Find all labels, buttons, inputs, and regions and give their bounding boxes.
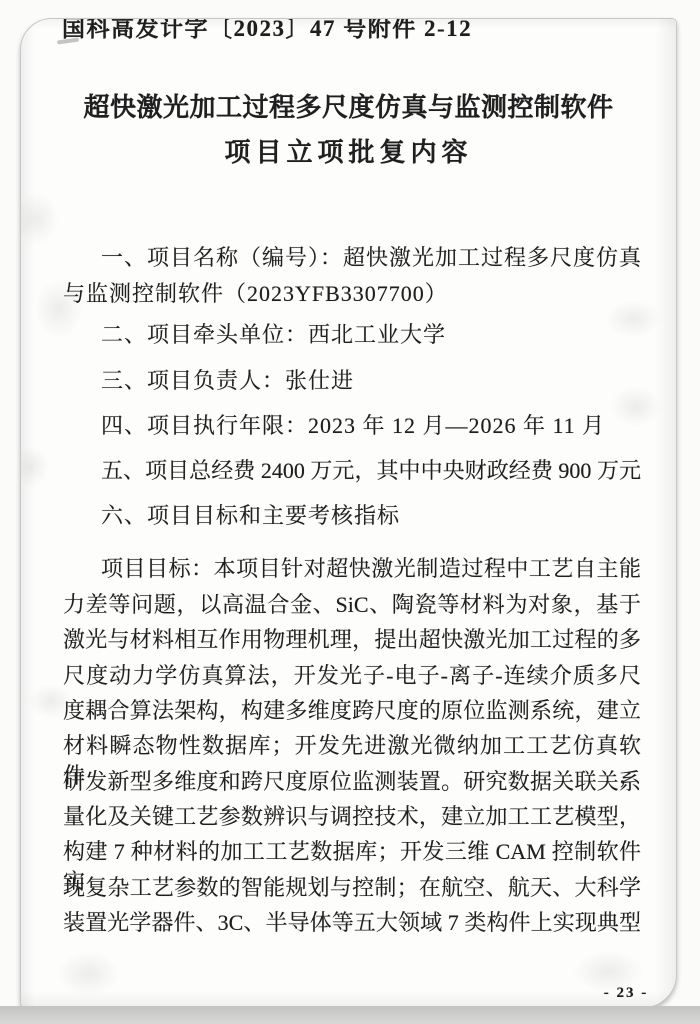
item-5: 五、项目总经费 2400 万元，其中中央财政经费 900 万元 (101, 456, 641, 486)
page-number: - 23 - (581, 985, 671, 1002)
scanner-background (0, 1006, 700, 1024)
paragraph-line: 激光与材料相互作用物理机理，提出超快激光加工过程的多 (63, 625, 641, 655)
document-title-line-1: 超快激光加工过程多尺度仿真与监测控制软件 (21, 91, 676, 125)
paragraph-line: 现复杂工艺参数的智能规划与控制；在航空、航天、大科学 (63, 873, 641, 903)
doc-number-clipped: 国科高发计字〔2023〕47 号附件 2-12 (62, 19, 622, 49)
item-1-line-2: 与监测控制软件（2023YFB3307700） (63, 279, 641, 309)
scanned-document-screenshot: { "colors": { "ink": "#1f1f1f", "paper":… (0, 0, 700, 1024)
bleedthrough-smudge (20, 439, 54, 494)
item-4: 四、项目执行年限：2023 年 12 月—2026 年 11 月 (101, 411, 641, 441)
doc-number: 国科高发计字〔2023〕47 号附件 2-12 (62, 19, 622, 43)
document-title-line-2: 项目立项批复内容 (21, 136, 676, 170)
bleedthrough-smudge (20, 184, 66, 254)
paragraph-line: 尺度动力学仿真算法，开发光子-电子-离子-连续介质多尺 (63, 661, 641, 691)
paragraph-line: 量化及关键工艺参数辨识与调控技术，建立加工工艺模型， (63, 802, 641, 832)
paragraph-line: 研发新型多维度和跨尺度原位监测装置。研究数据关联关系 (63, 767, 641, 797)
paragraph-line: 装置光学器件、3C、半导体等五大领域 7 类构件上实现典型 (63, 908, 641, 938)
scanned-page: 国科高发计字〔2023〕47 号附件 2-12 超快激光加工过程多尺度仿真与监测… (20, 18, 677, 1008)
bleedthrough-smudge (46, 944, 131, 1004)
item-2: 二、项目牵头单位：西北工业大学 (101, 320, 641, 350)
item-6: 六、项目目标和主要考核指标 (101, 501, 641, 531)
item-1-line-1: 一、项目名称（编号）：超快激光加工过程多尺度仿真 (101, 243, 641, 273)
item-3: 三、项目负责人：张仕进 (101, 366, 641, 396)
paragraph-line: 项目目标：本项目针对超快激光制造过程中工艺自主能 (101, 554, 641, 584)
paragraph-line: 度耦合算法架构，构建多维度跨尺度的原位监测系统，建立 (63, 696, 641, 726)
paragraph-line: 力差等问题，以高温合金、SiC、陶瓷等材料为对象，基于 (63, 590, 641, 620)
